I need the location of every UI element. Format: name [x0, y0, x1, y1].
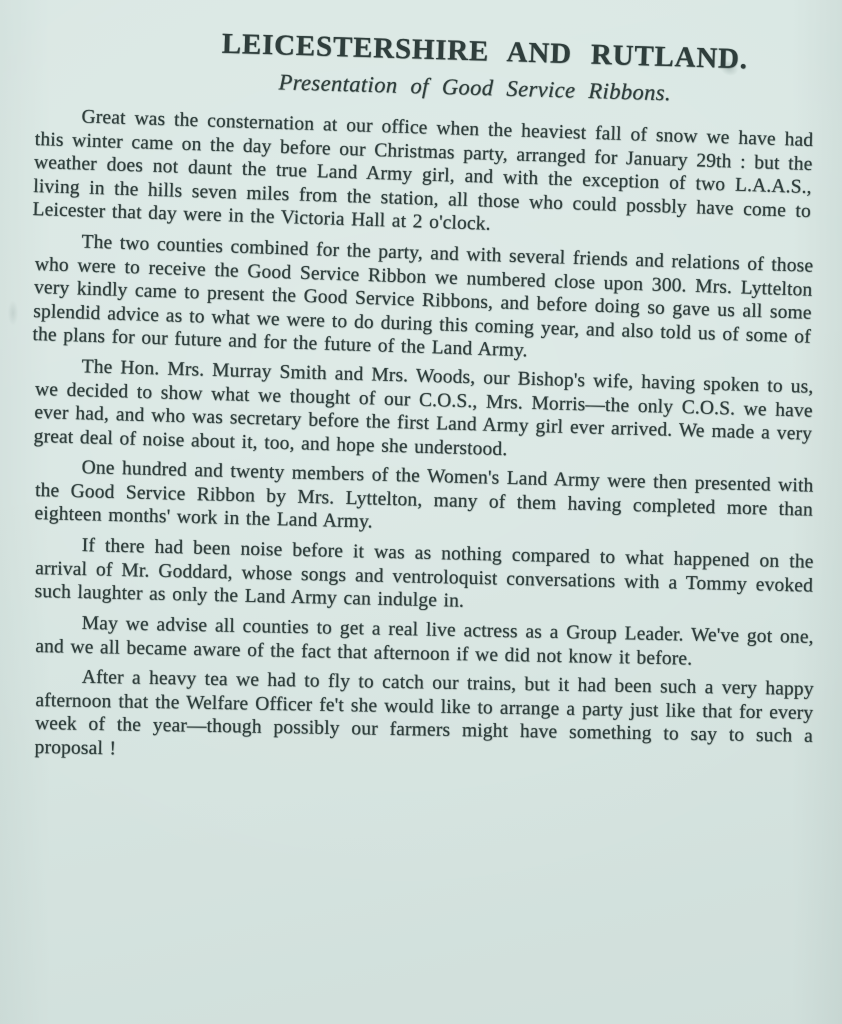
- paragraph-heavy-tea: After a heavy tea we had to fly to catch…: [34, 665, 813, 772]
- paragraph-ribbon-presentation: One hundred and twenty members of the Wo…: [34, 455, 814, 545]
- paragraph-group-leader: May we advise all counties to get a real…: [35, 611, 814, 673]
- paragraph-consternation-snow: Great was the consternation at our offic…: [32, 104, 813, 247]
- paragraph-counties-combined: The two counties combined for the party,…: [32, 229, 813, 373]
- scanned-page: LEICESTERSHIRE AND RUTLAND. Presentation…: [0, 0, 842, 1024]
- article: LEICESTERSHIRE AND RUTLAND. Presentation…: [36, 24, 814, 766]
- paragraph-mr-goddard: If there had been noise before it was as…: [34, 533, 813, 621]
- paper-smudge: [6, 296, 20, 330]
- paragraph-murray-smith: The Hon. Mrs. Murray Smith and Mrs. Wood…: [33, 354, 813, 470]
